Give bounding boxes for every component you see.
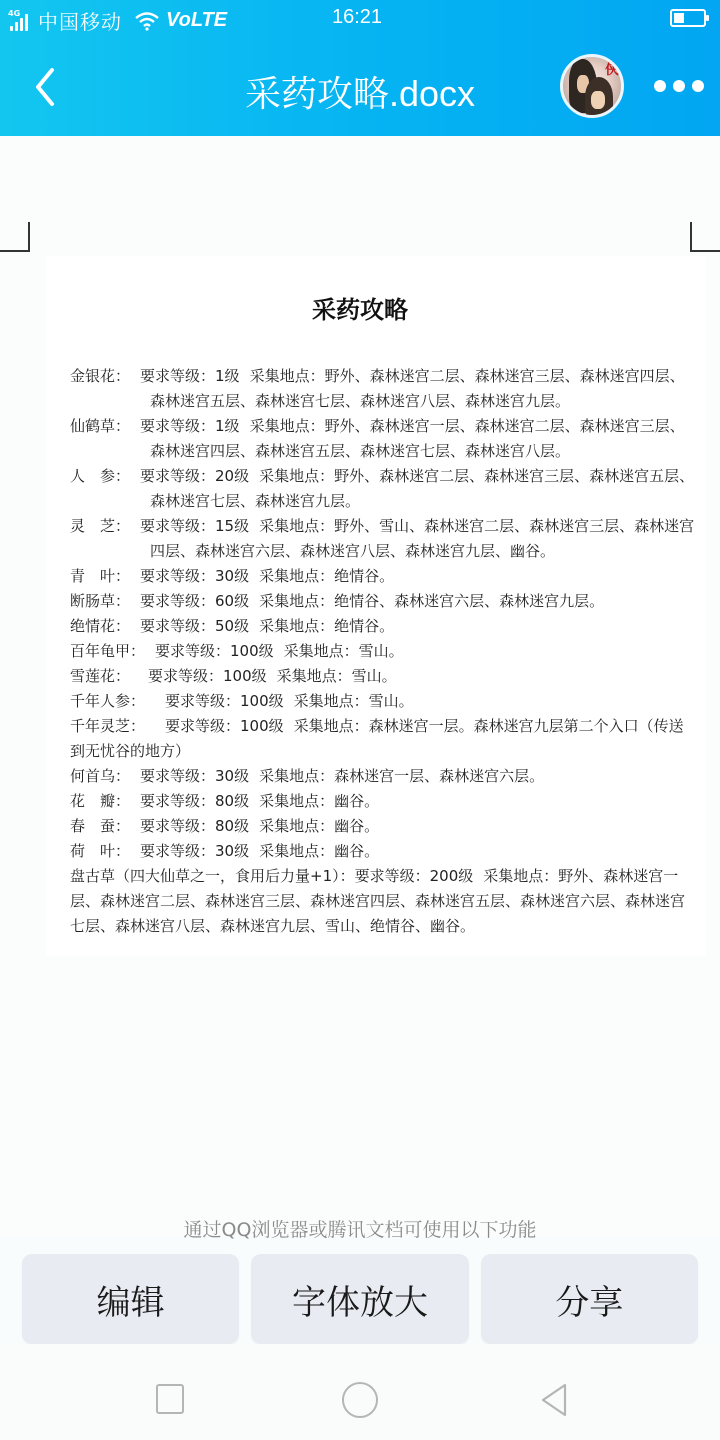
system-navigation-bar (0, 1344, 720, 1440)
share-button[interactable]: 分享 (481, 1254, 698, 1344)
list-item: 千年灵芝：要求等级：100级采集地点：森林迷宫一层。森林迷宫九层第二个入口（传送… (70, 714, 696, 764)
list-item: 花 瓣：要求等级：80级采集地点：幽谷。 (70, 789, 696, 814)
more-dots-icon[interactable] (654, 80, 704, 92)
recent-apps-icon[interactable] (156, 1384, 184, 1414)
avatar-badge: 侠 (605, 59, 619, 79)
list-item: 人 参：要求等级：20级采集地点：野外、森林迷宫二层、森林迷宫三层、森林迷宫五层… (70, 464, 696, 514)
network-type: 4G (8, 9, 20, 18)
battery-low-icon (670, 9, 706, 27)
carrier-name: 中国移动 (38, 6, 122, 35)
title-bar: 采药攻略.docx 侠 (0, 38, 720, 136)
herb-list: 金银花：要求等级：1级采集地点：野外、森林迷宫二层、森林迷宫三层、森林迷宫四层、… (70, 364, 696, 939)
crop-mark-left (0, 222, 30, 252)
list-item: 金银花：要求等级：1级采集地点：野外、森林迷宫二层、森林迷宫三层、森林迷宫四层、… (70, 364, 696, 414)
list-item: 绝情花：要求等级：50级采集地点：绝情谷。 (70, 614, 696, 639)
wifi-icon (134, 11, 160, 31)
list-item: 千年人参：要求等级：100级采集地点：雪山。 (70, 689, 696, 714)
list-item: 断肠草：要求等级：60级采集地点：绝情谷、森林迷宫六层、森林迷宫九层。 (70, 589, 696, 614)
list-item: 春 蚕：要求等级：80级采集地点：幽谷。 (70, 814, 696, 839)
app-header: 4G 中国移动 VoLTE 16:21 采药攻略.docx 侠 (0, 0, 720, 136)
status-bar: 4G 中国移动 VoLTE 16:21 (0, 0, 720, 38)
list-item: 百年龟甲：要求等级：100级采集地点：雪山。 (70, 639, 696, 664)
action-bar: 编辑 字体放大 分享 (22, 1254, 698, 1344)
clock: 16:21 (332, 6, 382, 29)
enlarge-font-button[interactable]: 字体放大 (251, 1254, 468, 1344)
crop-mark-right (690, 222, 720, 252)
status-left: 4G 中国移动 VoLTE (10, 6, 227, 35)
back-triangle-icon[interactable] (536, 1382, 572, 1418)
list-item: 仙鹤草：要求等级：1级采集地点：野外、森林迷宫一层、森林迷宫二层、森林迷宫三层、… (70, 414, 696, 464)
list-item: 何首乌：要求等级：30级采集地点：森林迷宫一层、森林迷宫六层。 (70, 764, 696, 789)
document-viewer[interactable]: 采药攻略 金银花：要求等级：1级采集地点：野外、森林迷宫二层、森林迷宫三层、森林… (0, 136, 720, 1236)
list-item: 盘古草（四大仙草之一，食用后力量+1）：要求等级：200级采集地点：野外、森林迷… (70, 864, 696, 939)
avatar[interactable]: 侠 (560, 54, 624, 118)
home-icon[interactable] (342, 1382, 378, 1418)
edit-button[interactable]: 编辑 (22, 1254, 239, 1344)
list-item: 青 叶：要求等级：30级采集地点：绝情谷。 (70, 564, 696, 589)
list-item: 荷 叶：要求等级：30级采集地点：幽谷。 (70, 839, 696, 864)
document-heading: 采药攻略 (0, 290, 720, 325)
volte-indicator: VoLTE (166, 9, 227, 32)
list-item: 灵 芝：要求等级：15级采集地点：野外、雪山、森林迷宫二层、森林迷宫三层、森林迷… (70, 514, 696, 564)
signal-icon: 4G (10, 11, 28, 31)
feature-hint: 通过QQ浏览器或腾讯文档可使用以下功能 (0, 1215, 720, 1242)
list-item: 雪莲花：要求等级：100级采集地点：雪山。 (70, 664, 696, 689)
